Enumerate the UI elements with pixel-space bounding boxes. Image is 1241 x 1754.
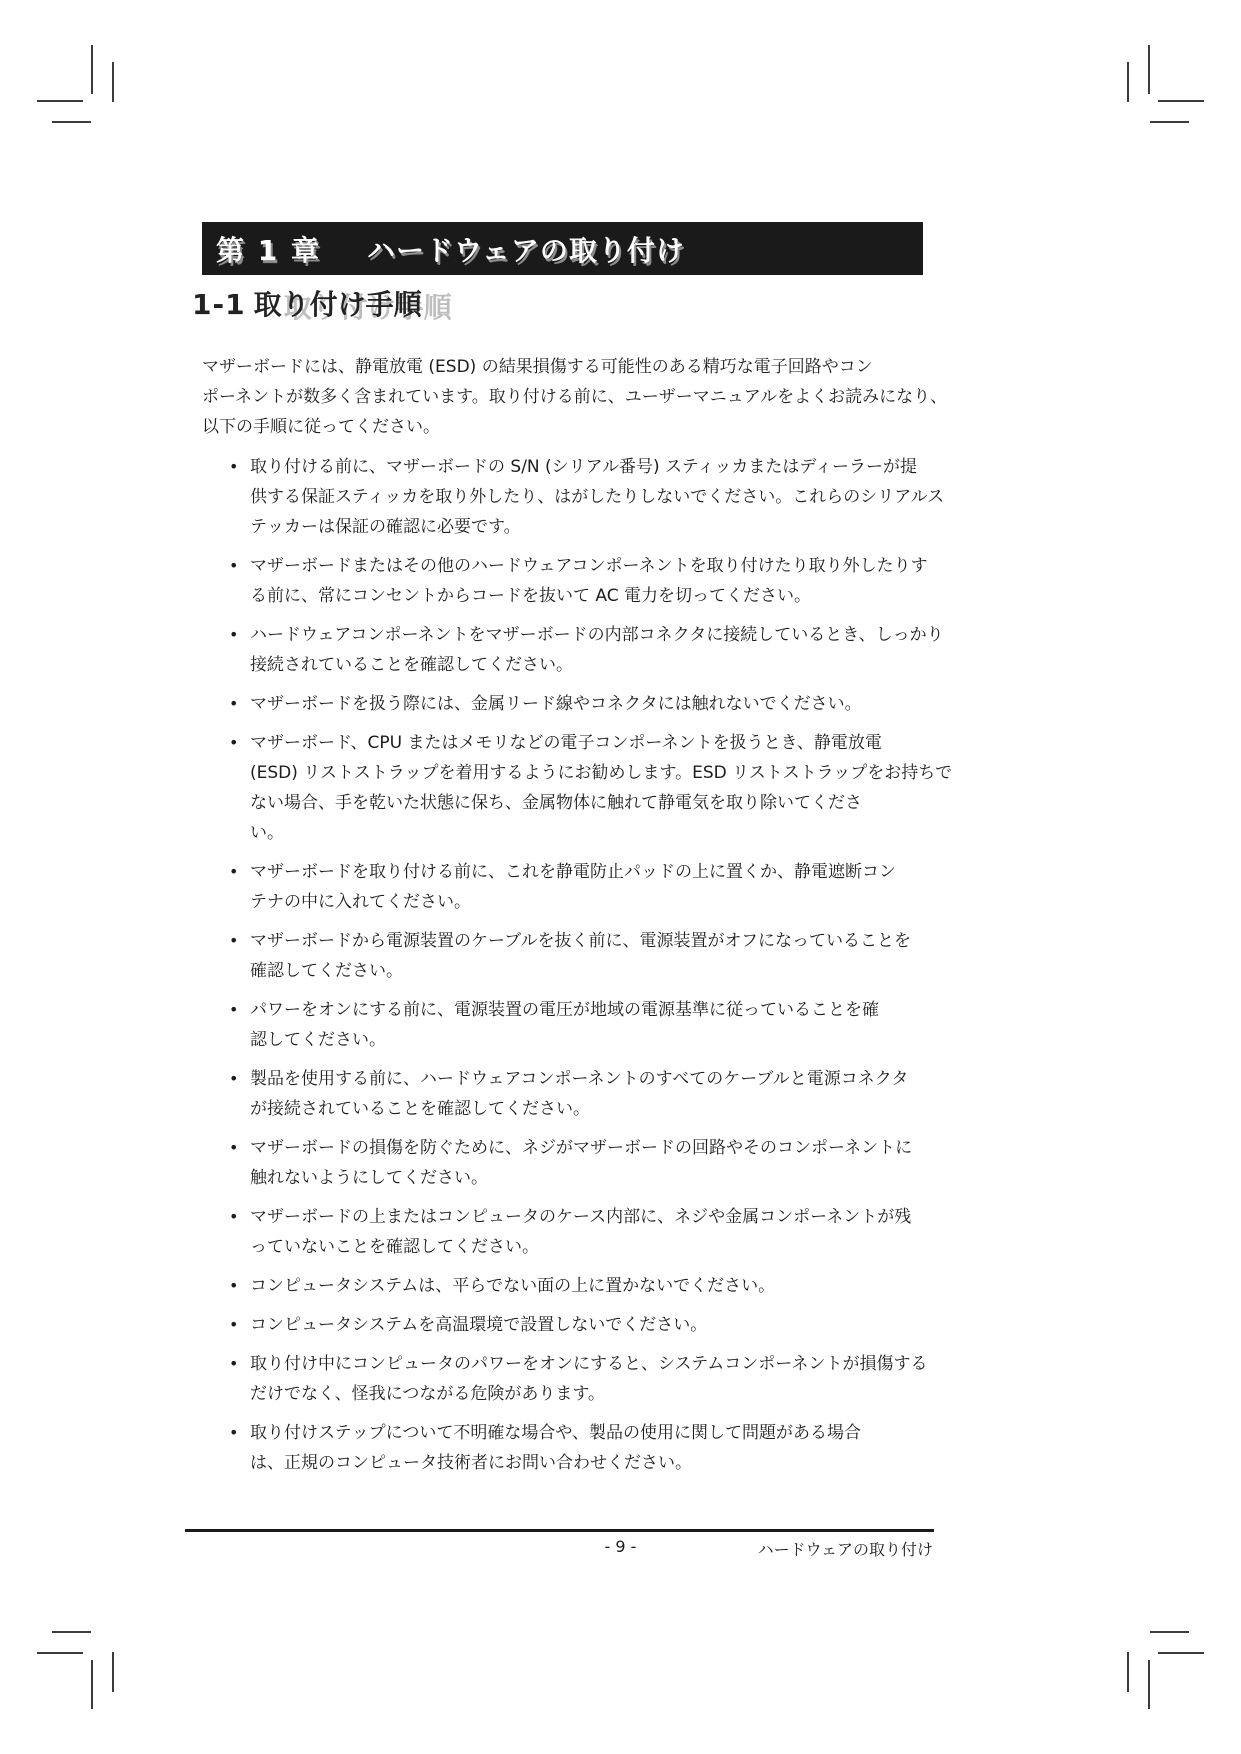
list-item: •取り付けステップについて不明確な場合や、製品の使用に関して問題がある場合 は、… <box>202 1418 982 1478</box>
crop-mark <box>1148 45 1150 94</box>
list-item: •製品を使用する前に、ハードウェアコンポーネントのすべてのケーブルと電源コネクタ… <box>202 1064 982 1124</box>
list-item-text: 取り付けステップについて不明確な場合や、製品の使用に関して問題がある場合 は、正… <box>250 1418 982 1478</box>
crop-mark <box>1158 1652 1204 1654</box>
list-item-text: 取り付ける前に、マザーボードの S/N (シリアル番号) スティッカまたはディー… <box>250 452 982 542</box>
bullet-icon: • <box>229 689 238 719</box>
bullet-icon: • <box>229 620 238 650</box>
list-item-text: ハードウェアコンポーネントをマザーボードの内部コネクタに接続しているとき、しっか… <box>250 620 982 680</box>
bullet-icon: • <box>229 1349 238 1379</box>
bullet-icon: • <box>229 1310 238 1340</box>
list-item: •マザーボードから電源装置のケーブルを抜く前に、電源装置がオフになっていることを… <box>202 926 982 986</box>
list-item-text: コンピュータシステムを高温環境で設置しないでください。 <box>250 1310 982 1340</box>
section-number: 1-1 <box>192 288 246 321</box>
crop-mark <box>1150 121 1189 123</box>
bullet-icon: • <box>229 728 238 758</box>
manual-page: 第 1 章 ハードウェアの取り付け 1-1取り付け手順取り付け手順 マザーボード… <box>0 0 1241 1754</box>
crop-mark <box>37 100 83 102</box>
crop-mark <box>52 1631 91 1633</box>
footer-rule <box>185 1529 934 1532</box>
list-item-text: マザーボードを取り付ける前に、これを静電防止パッドの上に置くか、静電遮断コン テ… <box>250 857 982 917</box>
bullet-icon: • <box>229 452 238 482</box>
crop-mark <box>1127 1652 1129 1692</box>
crop-mark <box>1158 100 1204 102</box>
list-item: •取り付け中にコンピュータのパワーをオンにすると、システムコンポーネントが損傷す… <box>202 1349 982 1409</box>
list-item: •マザーボードを扱う際には、金属リード線やコネクタには触れないでください。 <box>202 689 982 719</box>
crop-mark <box>1150 1631 1189 1633</box>
list-item: •コンピュータシステムを高温環境で設置しないでください。 <box>202 1310 982 1340</box>
list-item: •ハードウェアコンポーネントをマザーボードの内部コネクタに接続しているとき、しっ… <box>202 620 982 680</box>
bullet-icon: • <box>229 551 238 581</box>
section-title-wrap: 取り付け手順取り付け手順 <box>254 283 422 323</box>
list-item: •マザーボードの損傷を防ぐために、ネジがマザーボードの回路やそのコンポーネントに… <box>202 1133 982 1193</box>
list-item-text: マザーボードから電源装置のケーブルを抜く前に、電源装置がオフになっていることを … <box>250 926 982 986</box>
list-item-text: マザーボードを扱う際には、金属リード線やコネクタには触れないでください。 <box>250 689 982 719</box>
chapter-header-bar: 第 1 章 ハードウェアの取り付け <box>202 222 923 275</box>
intro-paragraph: マザーボードには、静電放電 (ESD) の結果損傷する可能性のある精巧な電子回路… <box>202 352 982 442</box>
list-item: •マザーボードを取り付ける前に、これを静電防止パッドの上に置くか、静電遮断コン … <box>202 857 982 917</box>
list-item-text: マザーボードまたはその他のハードウェアコンポーネントを取り付けたり取り外したりす… <box>250 551 982 611</box>
list-item: •マザーボード、CPU またはメモリなどの電子コンポーネントを扱うとき、静電放電… <box>202 728 982 848</box>
chapter-title: ハードウェアの取り付け <box>367 229 685 269</box>
bullet-icon: • <box>229 1271 238 1301</box>
list-item: •コンピュータシステムは、平らでない面の上に置かないでください。 <box>202 1271 982 1301</box>
list-item: •マザーボードまたはその他のハードウェアコンポーネントを取り付けたり取り外したり… <box>202 551 982 611</box>
bullet-icon: • <box>229 1133 238 1163</box>
precaution-list: •取り付ける前に、マザーボードの S/N (シリアル番号) スティッカまたはディ… <box>202 452 982 1487</box>
list-item-text: マザーボードの上またはコンピュータのケース内部に、ネジや金属コンポーネントが残 … <box>250 1202 982 1262</box>
bullet-icon: • <box>229 995 238 1025</box>
section-heading: 1-1取り付け手順取り付け手順 <box>192 283 422 323</box>
list-item-text: 取り付け中にコンピュータのパワーをオンにすると、システムコンポーネントが損傷する… <box>250 1349 982 1409</box>
crop-mark <box>1148 1660 1150 1709</box>
crop-mark <box>52 121 91 123</box>
crop-mark <box>91 45 93 94</box>
list-item: •パワーをオンにする前に、電源装置の電圧が地域の電源基準に従っていることを確 認… <box>202 995 982 1055</box>
bullet-icon: • <box>229 1418 238 1448</box>
crop-mark <box>112 62 114 102</box>
page-number: - 9 - <box>0 1537 1241 1556</box>
crop-mark <box>91 1660 93 1709</box>
list-item-text: 製品を使用する前に、ハードウェアコンポーネントのすべてのケーブルと電源コネクタ … <box>250 1064 982 1124</box>
section-title: 取り付け手順 <box>254 288 422 321</box>
bullet-icon: • <box>229 1064 238 1094</box>
bullet-icon: • <box>229 926 238 956</box>
footer-chapter-title: ハードウェアの取り付け <box>758 1537 933 1560</box>
list-item: •取り付ける前に、マザーボードの S/N (シリアル番号) スティッカまたはディ… <box>202 452 982 542</box>
bullet-icon: • <box>229 857 238 887</box>
list-item-text: マザーボードの損傷を防ぐために、ネジがマザーボードの回路やそのコンポーネントに … <box>250 1133 982 1193</box>
list-item-text: コンピュータシステムは、平らでない面の上に置かないでください。 <box>250 1271 982 1301</box>
crop-mark <box>37 1652 83 1654</box>
bullet-icon: • <box>229 1202 238 1232</box>
crop-mark <box>112 1652 114 1692</box>
list-item: •マザーボードの上またはコンピュータのケース内部に、ネジや金属コンポーネントが残… <box>202 1202 982 1262</box>
list-item-text: マザーボード、CPU またはメモリなどの電子コンポーネントを扱うとき、静電放電 … <box>250 728 982 848</box>
list-item-text: パワーをオンにする前に、電源装置の電圧が地域の電源基準に従っていることを確 認し… <box>250 995 982 1055</box>
chapter-number: 第 1 章 <box>216 229 321 269</box>
crop-mark <box>1127 62 1129 102</box>
